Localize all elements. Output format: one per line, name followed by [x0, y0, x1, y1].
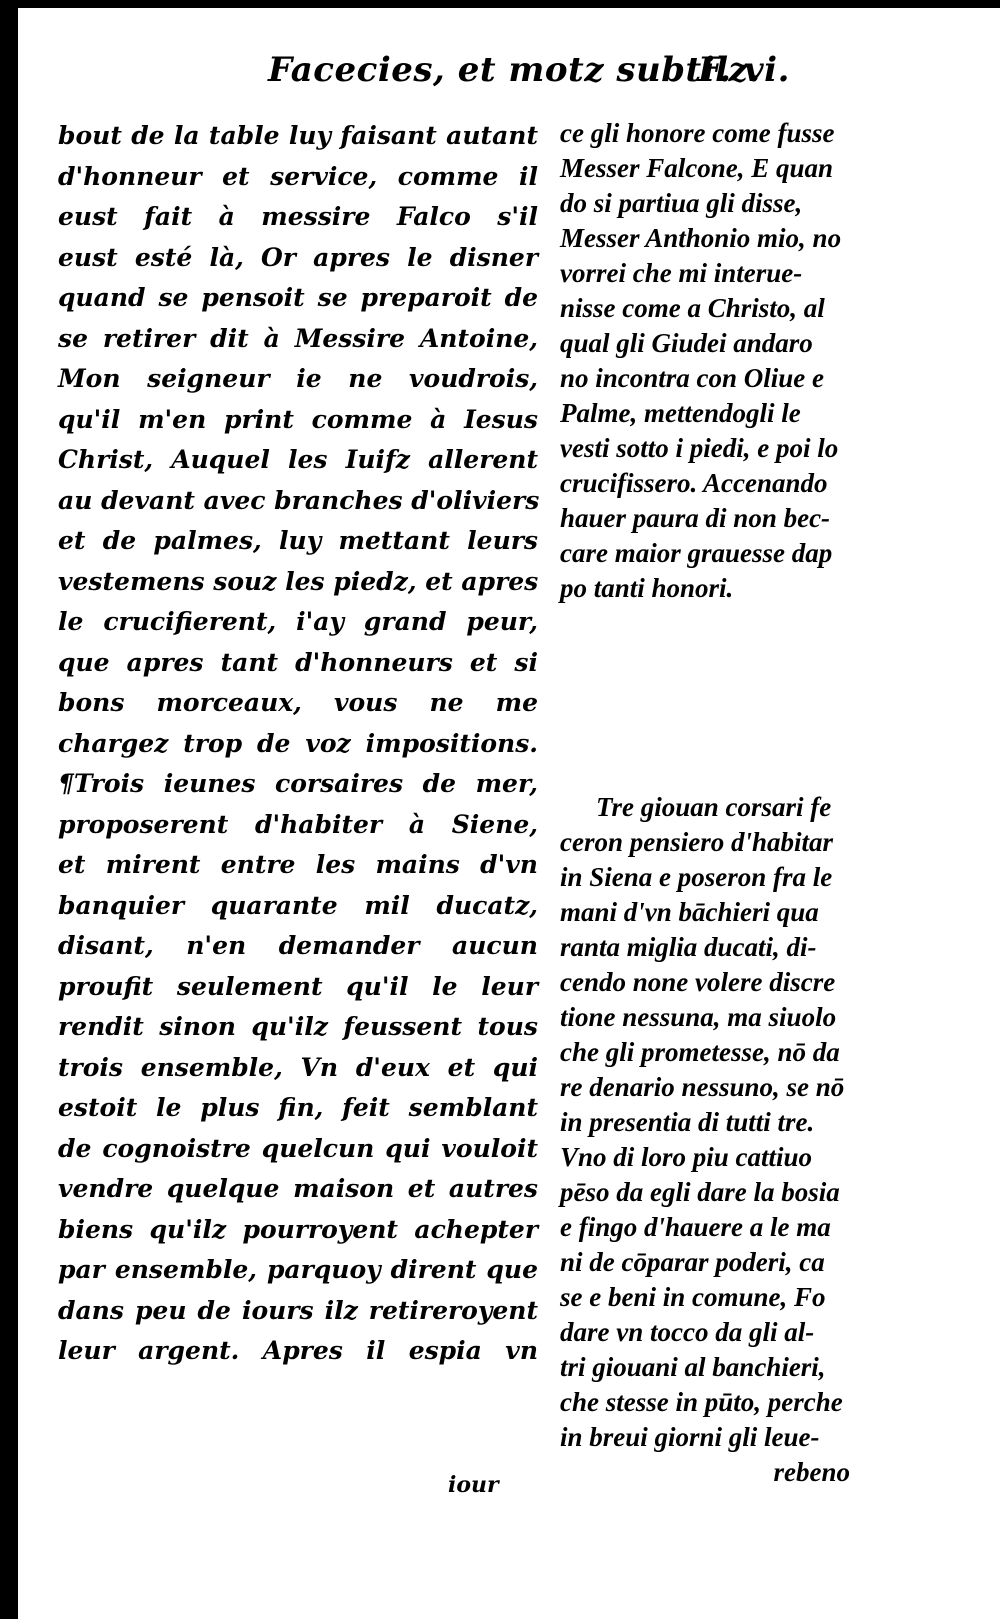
text-line: hauer paura di non bec- [560, 501, 860, 536]
text-line: de cognoistre quelcun qui vouloit [58, 1129, 538, 1170]
text-line: rendit sinon qu'ilz feussent tous [58, 1007, 538, 1048]
text-line: bons morceaux, vous ne me [58, 683, 538, 724]
text-line: re denario nessuno, se nō [560, 1070, 860, 1105]
text-line: crucifissero. Accenando [560, 466, 860, 501]
text-line: disant, n'en demander aucun [58, 926, 538, 967]
folio-number: F. vi. [698, 50, 790, 90]
text-line: nisse come a Christo, al [560, 291, 860, 326]
text-line: que apres tant d'honneurs et si [58, 643, 538, 684]
paragraph-start-line: ¶Trois ieunes corsaires de mer, [58, 764, 538, 805]
text-line: quand se pensoit se preparoit de [58, 278, 538, 319]
text-line: Christ, Auquel les Iuifz allerent [58, 440, 538, 481]
text-line: e fingo d'hauere a le ma [560, 1210, 860, 1245]
text-line: vesti sotto i piedi, e poi lo [560, 431, 860, 466]
text-line: leur argent. Apres il espia vn [58, 1331, 538, 1372]
text-line: eust esté là, Or apres le disner [58, 238, 538, 279]
text-line: bout de la table luy faisant autant [58, 116, 538, 157]
scan-border-left [0, 0, 18, 1619]
text-line: dare vn tocco da gli al- [560, 1315, 860, 1350]
french-catchword: iour [448, 1472, 499, 1498]
text-line: d'honneur et service, comme il [58, 157, 538, 198]
text-line: po tanti honori. [560, 571, 860, 606]
text-line: do si partiua gli disse, [560, 186, 860, 221]
text-line: estoit le plus fin, feit semblant [58, 1088, 538, 1129]
text-line: in breui giorni gli leue- [560, 1420, 860, 1455]
text-line: banquier quarante mil ducatz, [58, 886, 538, 927]
french-text-column: bout de la table luy faisant autant d'ho… [58, 116, 538, 1372]
text-line: Palme, mettendogli le [560, 396, 860, 431]
running-head-title: Facecies, et motz subtilz. [268, 50, 761, 90]
text-line: pēso da egli dare la bosia [560, 1175, 860, 1210]
running-head: Facecies, et motz subtilz. F. vi. [268, 50, 868, 100]
text-line: eust fait à messire Falco s'il [58, 197, 538, 238]
italian-catchword: rebeno [560, 1455, 860, 1490]
text-line: mani d'vn bāchieri qua [560, 895, 860, 930]
text-line: in presentia di tutti tre. [560, 1105, 860, 1140]
text-line: biens qu'ilz pourroyent achepter [58, 1210, 538, 1251]
text-line: trois ensemble, Vn d'eux et qui [58, 1048, 538, 1089]
text-line: Messer Falcone, E quan [560, 151, 860, 186]
text-line: no incontra con Oliue e [560, 361, 860, 396]
text-line: le crucifierent, i'ay grand peur, [58, 602, 538, 643]
text-line: par ensemble, parquoy dirent que [58, 1250, 538, 1291]
text-line: et mirent entre les mains d'vn [58, 845, 538, 886]
text-line: proufit seulement qu'il le leur [58, 967, 538, 1008]
text-line: qual gli Giudei andaro [560, 326, 860, 361]
text-line: in Siena e poseron fra le [560, 860, 860, 895]
text-line: ce gli honore come fusse [560, 116, 860, 151]
text-line: vorrei che mi interue- [560, 256, 860, 291]
text-line: proposerent d'habiter à Siene, [58, 805, 538, 846]
text-line: et de palmes, luy mettant leurs [58, 521, 538, 562]
text-line: care maior grauesse dap [560, 536, 860, 571]
text-line: au devant avec branches d'oliviers [58, 481, 538, 522]
text-line: ranta miglia ducati, di- [560, 930, 860, 965]
text-line: che stesse in pūto, perche [560, 1385, 860, 1420]
text-line: Messer Anthonio mio, no [560, 221, 860, 256]
text-line: tione nessuna, ma siuolo [560, 1000, 860, 1035]
text-line: ceron pensiero d'habitar [560, 825, 860, 860]
italian-text-column-2: Tre giouan corsari fe ceron pensiero d'h… [560, 790, 860, 1490]
text-line: Mon seigneur ie ne voudrois, [58, 359, 538, 400]
text-line: se e beni in comune, Fo [560, 1280, 860, 1315]
text-line: che gli prometesse, nō da [560, 1035, 860, 1070]
text-line: Vno di loro piu cattiuo [560, 1140, 860, 1175]
scan-border-top [18, 0, 1000, 8]
text-line: ni de cōparar poderi, ca [560, 1245, 860, 1280]
text-line: dans peu de iours ilz retireroyent [58, 1291, 538, 1332]
text-line: tri giouani al banchieri, [560, 1350, 860, 1385]
text-line: qu'il m'en print comme à Iesus [58, 400, 538, 441]
italian-text-column-1: ce gli honore come fusse Messer Falcone,… [560, 116, 860, 606]
text-line: chargez trop de voz impositions. [58, 724, 538, 765]
text-line: se retirer dit à Messire Antoine, [58, 319, 538, 360]
paragraph-start-line: Tre giouan corsari fe [560, 790, 860, 825]
text-line: vestemens souz les piedz, et apres [58, 562, 538, 603]
text-line: vendre quelque maison et autres [58, 1169, 538, 1210]
text-line: cendo none volere discre [560, 965, 860, 1000]
